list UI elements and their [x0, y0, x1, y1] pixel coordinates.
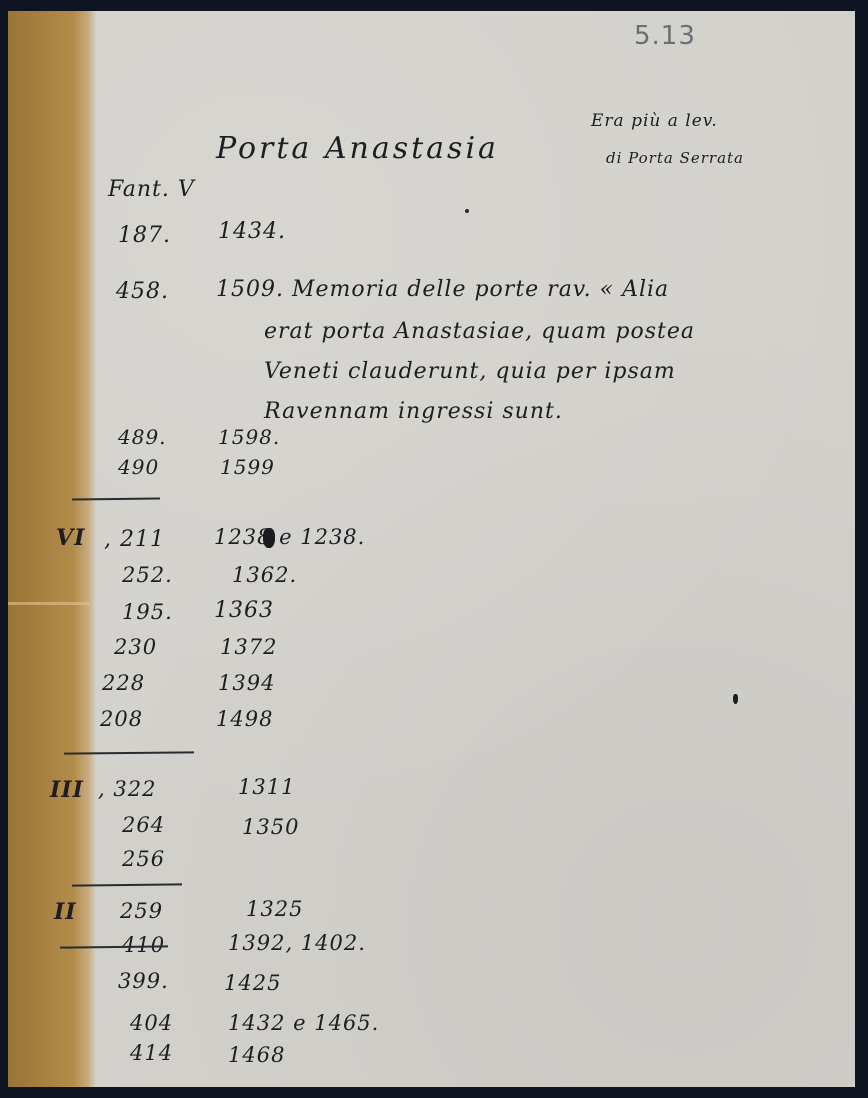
volume-label: VI: [56, 525, 85, 551]
entry-text: 1362.: [232, 563, 297, 587]
margin-note-line2: di Porta Serrata: [606, 149, 744, 167]
entry-page: 208: [100, 707, 143, 731]
strip-fold-line: [8, 602, 90, 605]
source-label: Fant. V: [108, 177, 195, 202]
volume-label: II: [54, 899, 77, 925]
entry-page: 230: [114, 635, 157, 659]
section-divider: [72, 498, 160, 501]
entry-text: 1311: [238, 775, 295, 799]
entry-page: 259: [120, 899, 163, 923]
entry-page: , 211: [104, 527, 165, 552]
manuscript-page: 5.13 Porta Anastasia Era più a lev. di P…: [8, 11, 855, 1087]
entry-page: 399.: [118, 969, 169, 993]
entry-text-cont: erat porta Anastasiae, quam postea: [264, 319, 695, 344]
entry-text: 1325: [246, 897, 303, 921]
entry-text: 1394: [218, 671, 275, 695]
volume-label: III: [50, 777, 84, 803]
entry-text: 1434.: [218, 219, 286, 244]
section-divider: [64, 751, 194, 754]
entry-page: , 322: [98, 777, 156, 801]
entry-text: 1425: [224, 971, 281, 995]
page-number-pencil: 5.13: [634, 21, 696, 51]
entry-text: 1468: [228, 1043, 285, 1067]
entry-page: 256: [122, 847, 165, 871]
entry-page: 404: [130, 1011, 173, 1035]
ink-dot: [465, 209, 469, 213]
entry-page: 414: [130, 1041, 173, 1065]
entry-page: 187.: [118, 223, 171, 248]
entry-text: 1598.: [218, 425, 280, 449]
ink-mark: [733, 694, 738, 704]
entry-text: 1498: [216, 707, 273, 731]
section-divider: [72, 883, 182, 886]
entry-page: 490: [118, 455, 159, 479]
entry-page: 489.: [118, 425, 167, 449]
entry-page: 264: [122, 813, 165, 837]
entry-text: 1432 e 1465.: [228, 1011, 379, 1035]
entry-page: 252.: [122, 563, 173, 587]
entry-text: 1238 e 1238.: [214, 525, 365, 549]
entry-text-cont: Ravennam ingressi sunt.: [264, 399, 563, 424]
ink-blot: [263, 528, 275, 548]
entry-text: 1392, 1402.: [228, 931, 366, 955]
entry-text: 1350: [242, 815, 299, 839]
entry-text: 1509. Memoria delle porte rav. « Alia: [216, 277, 669, 302]
entry-page: 228: [102, 671, 145, 695]
entry-text: 1599: [220, 455, 275, 479]
entry-page: 458.: [116, 279, 169, 304]
entry-text: 1363: [214, 598, 274, 623]
entry-text-cont: Veneti clauderunt, quia per ipsam: [264, 359, 676, 384]
margin-note-line1: Era più a lev.: [591, 111, 718, 131]
entry-text: 1372: [220, 635, 277, 659]
page-title: Porta Anastasia: [216, 131, 499, 166]
entry-page: 195.: [122, 600, 173, 624]
